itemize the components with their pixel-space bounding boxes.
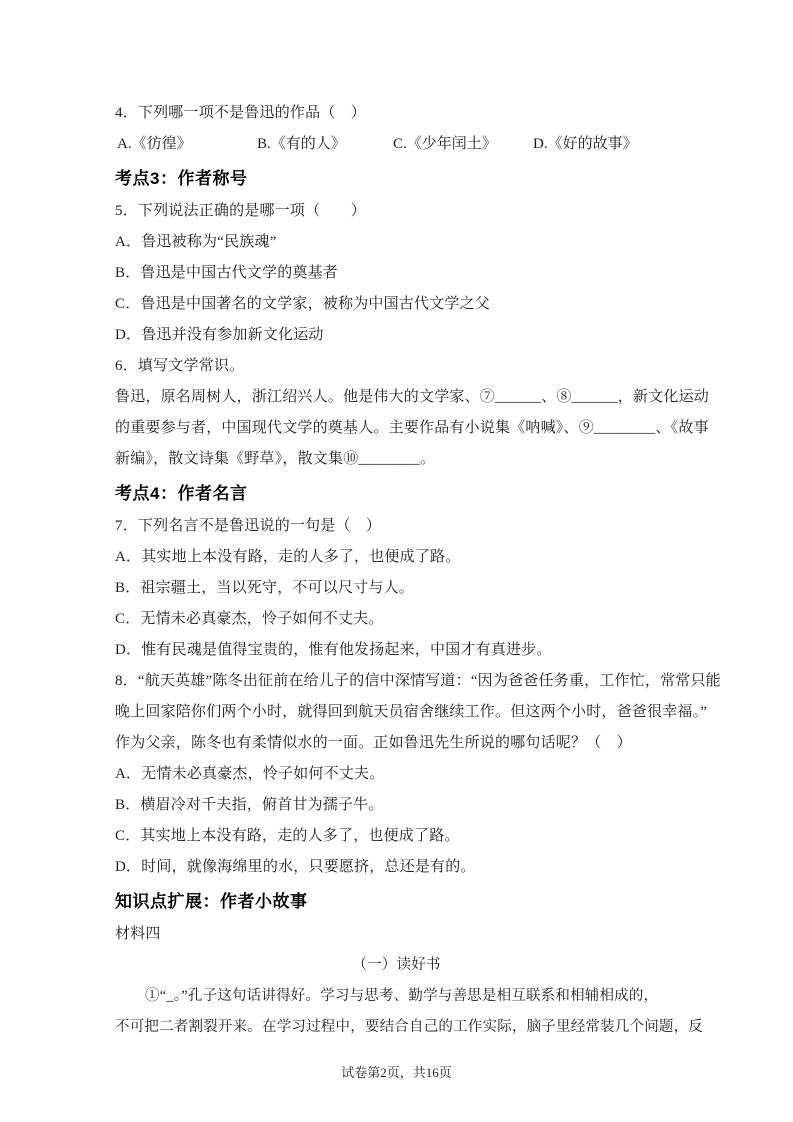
question-8-text-line-3: 作为父亲，陈冬也有柔情似水的一面。正如鲁迅先生所说的哪句话呢？（ ） bbox=[115, 728, 678, 759]
material-four-label: 材料四 bbox=[115, 919, 678, 950]
question-7-option-a: A．其实地上本没有路，走的人多了，也便成了路。 bbox=[115, 542, 678, 573]
question-5-option-a: A．鲁迅被称为“民族魂” bbox=[115, 227, 678, 258]
question-4-option-b: B.《有的人》 bbox=[257, 129, 393, 160]
question-7-option-c: C．无情未必真豪杰，怜子如何不丈夫。 bbox=[115, 604, 678, 635]
question-6-text-line-2: 的重要参与者，中国现代文学的奠基人。主要作品有小说集《呐喊》、⑨________… bbox=[115, 413, 678, 444]
question-5-option-d: D．鲁迅并没有参加新文化运动 bbox=[115, 320, 678, 351]
question-8-option-c: C．其实地上本没有路，走的人多了，也便成了路。 bbox=[115, 821, 678, 852]
question-4-option-c: C.《少年闰土》 bbox=[393, 129, 533, 160]
question-4-stem: 4．下列哪一项不是鲁迅的作品（ ） bbox=[115, 98, 678, 129]
page-footer: 试卷第2页，共16页 bbox=[0, 1063, 793, 1083]
question-7-option-b: B．祖宗疆土，当以死守，不可以尺寸与人。 bbox=[115, 573, 678, 604]
question-8-text-line-2: 晚上回家陪你们两个小时，就得回到航天员宿舍继续工作。但这两个小时，爸爸很幸福。” bbox=[115, 697, 678, 728]
question-8-text-line-1: 8．“航天英雄”陈冬出征前在给儿子的信中深情写道：“因为爸爸任务重，工作忙，常常… bbox=[115, 666, 678, 697]
question-6-text-line-1: 鲁迅，原名周树人，浙江绍兴人。他是伟大的文学家、⑦______、⑧______，… bbox=[115, 382, 678, 413]
question-8-option-a: A．无情未必真豪杰，怜子如何不丈夫。 bbox=[115, 759, 678, 790]
reading-passage-title: （一）读好书 bbox=[115, 950, 678, 981]
reading-passage-line-1: ①“_。”孔子这句话讲得好。学习与思考、勤学与善思是相互联系和相辅相成的， bbox=[115, 981, 678, 1012]
exam-page-content: 4．下列哪一项不是鲁迅的作品（ ） A.《彷徨》 B.《有的人》 C.《少年闰土… bbox=[115, 98, 678, 1043]
question-4-options: A.《彷徨》 B.《有的人》 C.《少年闰土》 D.《好的故事》 bbox=[115, 129, 678, 160]
question-8-option-b: B．横眉冷对千夫指，俯首甘为孺子牛。 bbox=[115, 790, 678, 821]
exam-page: 4．下列哪一项不是鲁迅的作品（ ） A.《彷徨》 B.《有的人》 C.《少年闰土… bbox=[0, 0, 793, 1122]
section-heading-kaodian-4: 考点4：作者名言 bbox=[115, 477, 678, 511]
question-7-stem: 7．下列名言不是鲁迅说的一句是（ ） bbox=[115, 511, 678, 542]
question-6-text-line-3: 新编》，散文诗集《野草》，散文集⑩________。 bbox=[115, 444, 678, 475]
question-4-option-d: D.《好的故事》 bbox=[533, 129, 678, 160]
question-8-option-d: D．时间，就像海绵里的水，只要愿挤，总还是有的。 bbox=[115, 852, 678, 883]
question-7-option-d: D．惟有民魂是值得宝贵的，惟有他发扬起来，中国才有真进步。 bbox=[115, 635, 678, 666]
reading-passage-line-2: 不可把二者割裂开来。在学习过程中，要结合自己的工作实际，脑子里经常装几个问题，反 bbox=[115, 1012, 678, 1043]
question-5-stem: 5．下列说法正确的是哪一项（ ） bbox=[115, 196, 678, 227]
question-5-option-b: B．鲁迅是中国古代文学的奠基者 bbox=[115, 258, 678, 289]
question-4-option-a: A.《彷徨》 bbox=[117, 129, 257, 160]
question-6-stem: 6．填写文学常识。 bbox=[115, 351, 678, 382]
section-heading-expansion: 知识点扩展：作者小故事 bbox=[115, 885, 678, 919]
section-heading-kaodian-3: 考点3：作者称号 bbox=[115, 162, 678, 196]
question-5-option-c: C．鲁迅是中国著名的文学家，被称为中国古代文学之父 bbox=[115, 289, 678, 320]
